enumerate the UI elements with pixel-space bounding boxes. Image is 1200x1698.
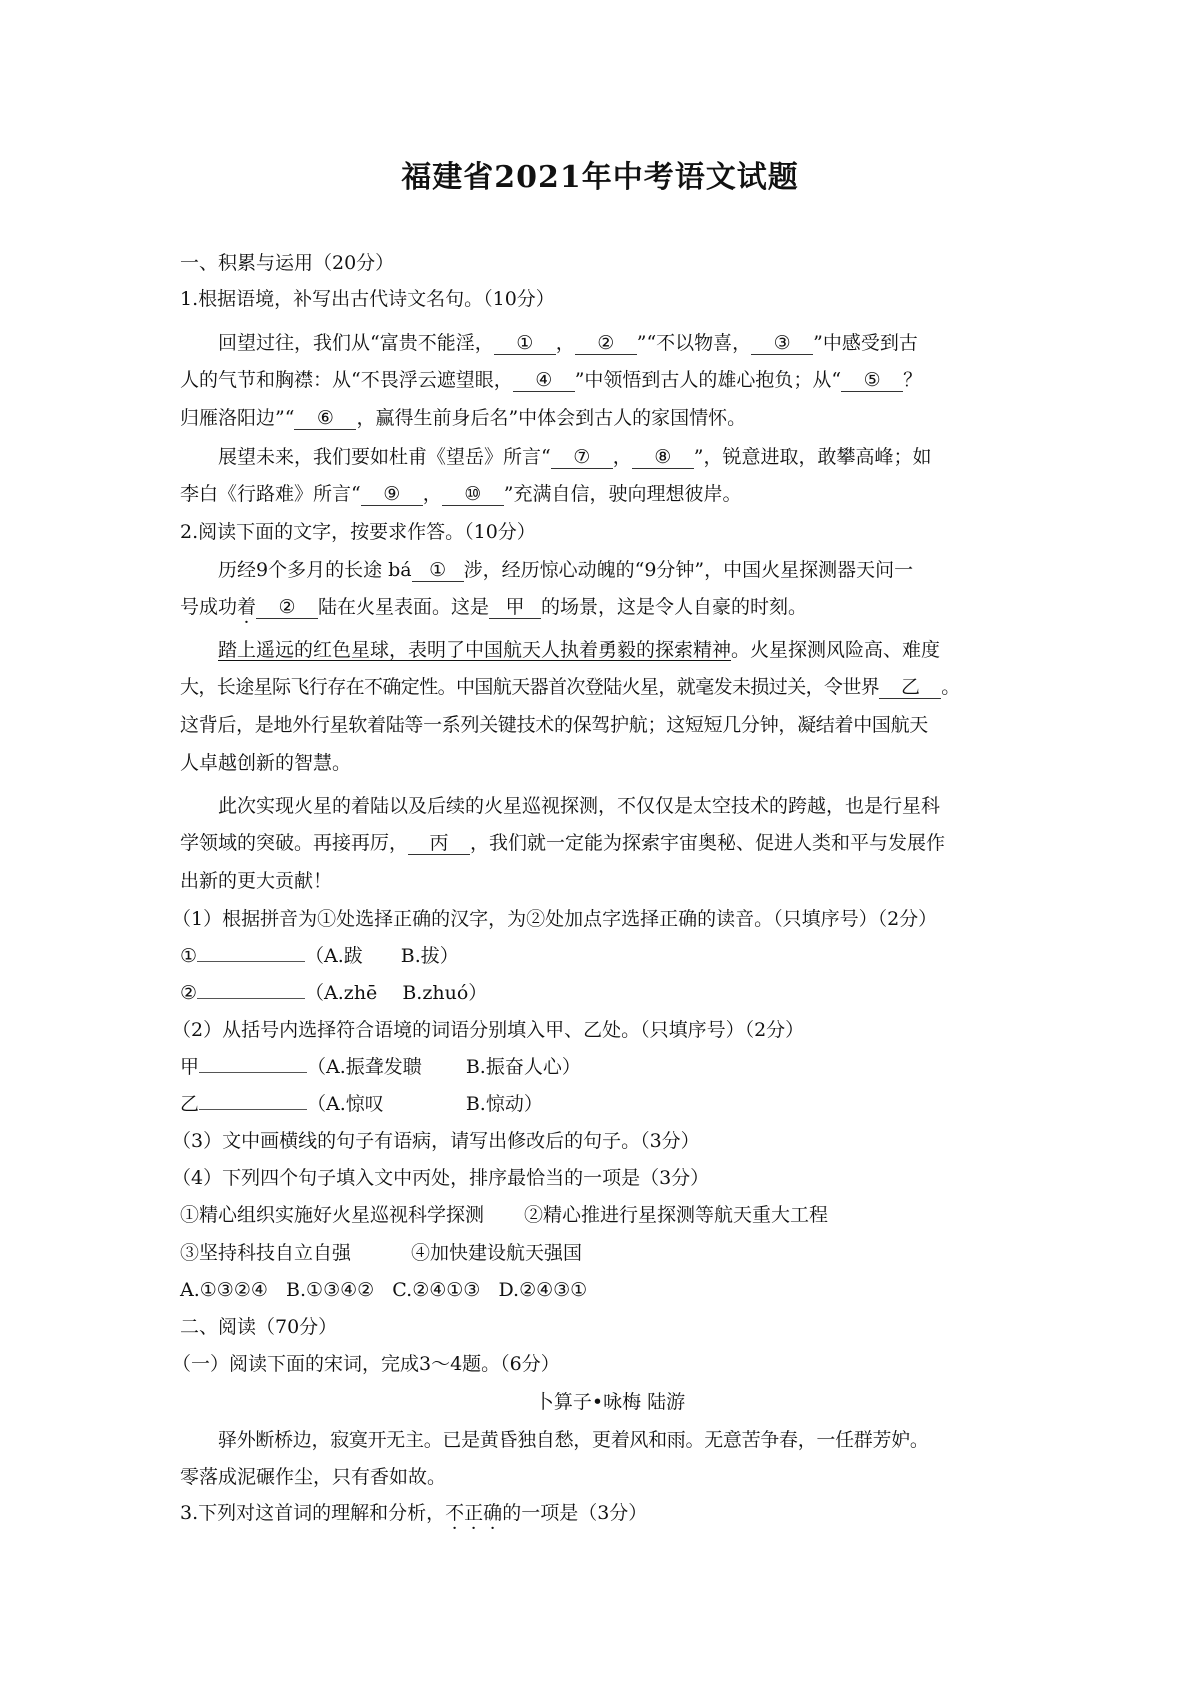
q2-para-line1: 历经9个多月的长途 bá①涉，经历惊心动魄的“9分钟”，中国火星探测器天问一 — [180, 557, 1078, 583]
dotted-char: 正 — [464, 1502, 483, 1524]
q1-para-line5: 李白《行路难》所言“⑨，⑩”充满自信，驶向理想彼岸。 — [180, 481, 1040, 507]
exam-page: 福建省2021年中考语文试题 一、积累与运用（20分） 1.根据语境，补写出古代… — [0, 0, 1200, 1698]
page-title: 福建省2021年中考语文试题 — [0, 152, 1200, 196]
text: 人的气节和胸襟：从“不畏浮云遮望眼， — [180, 369, 513, 391]
text: ”中领悟到古人的雄心抱负；从“ — [575, 369, 841, 391]
text: 展望未来，我们要如杜甫《望岳》所言“ — [218, 446, 551, 468]
text: 归雁洛阳边”“ — [180, 407, 294, 429]
poem-title: 卜算子•咏梅 陆游 — [180, 1389, 1040, 1415]
q1-stem: 1.根据语境，补写出古代诗文名句。（10分） — [180, 286, 1040, 312]
text: 的场景，这是令人自豪的时刻。 — [541, 596, 807, 618]
text: 。火星探测风险高、难度 — [731, 639, 940, 661]
text: ”中感受到古 — [813, 332, 918, 354]
poem-line2: 零落成泥碾作尘，只有香如故。 — [180, 1464, 1040, 1490]
q1-para-line4: 展望未来，我们要如杜甫《望岳》所言“⑦，⑧”，锐意进取，敢攀高峰；如 — [180, 444, 1078, 470]
text: 陆在火星表面。这是 — [318, 596, 489, 618]
q2-para-line8: 学领域的突破。再接再厉，丙，我们就一定能为探索宇宙奥秘、促进人类和平与发展作 — [180, 830, 1040, 856]
sub1-item2: ②（A.zhē B.zhuó） — [180, 980, 1040, 1006]
blank-q2-1[interactable]: ① — [412, 559, 464, 582]
blank-10[interactable]: ⑩ — [442, 483, 504, 506]
q2-para-line6: 人卓越创新的智慧。 — [180, 750, 1040, 776]
option-b[interactable]: B.①③④② — [286, 1279, 374, 1301]
text: ， — [423, 483, 442, 505]
sub1-stem: （1）根据拼音为①处选择正确的汉字，为②处加点字选择正确的读音。（只填序号）（2… — [172, 906, 1032, 932]
sub1-item1: ①（A.跋 B.拔） — [180, 943, 1040, 969]
blank-8[interactable]: ⑧ — [632, 446, 694, 469]
answer-field[interactable] — [197, 980, 305, 999]
sentence-1: ①精心组织实施好火星巡视科学探测 — [180, 1204, 484, 1226]
label: 乙 — [180, 1093, 199, 1115]
option-d[interactable]: D.②④③① — [498, 1279, 587, 1301]
options: （A.跋 B.拔） — [305, 945, 459, 967]
text: ， — [613, 446, 632, 468]
blank-bing[interactable]: 丙 — [408, 832, 470, 855]
blank-5[interactable]: ⑤ — [841, 369, 903, 392]
blank-2[interactable]: ② — [575, 332, 637, 355]
sub2-item1: 甲（A.振聋发聩 B.振奋人心） — [180, 1054, 1040, 1080]
blank-4[interactable]: ④ — [513, 369, 575, 392]
text: ，赢得生前身后名”中体会到古人的家国情怀。 — [356, 407, 746, 429]
options: （A.zhē B.zhuó） — [305, 982, 487, 1004]
sub2-item2: 乙（A.惊叹 B.惊动） — [180, 1091, 1040, 1117]
text: 历经9个多月的长途 bá — [218, 559, 412, 581]
text: 回望过往，我们从“富贵不能淫， — [218, 332, 494, 354]
label: ① — [180, 945, 197, 967]
sentence-2: ②精心推进行星探测等航天重大工程 — [524, 1204, 828, 1226]
q2-para-line3: 踏上遥远的红色星球，表明了中国航天人执着勇毅的探索精神。火星探测风险高、难度 — [180, 637, 1078, 663]
q2-para-line4: 大，长途星际飞行存在不确定性。中国航天器首次登陆火星，就毫发未损过关，令世界乙。 — [180, 674, 1040, 700]
text: 大，长途星际飞行存在不确定性。中国航天器首次登陆火星，就毫发未损过关，令世界 — [180, 676, 879, 698]
text: 的一项是（3分） — [502, 1502, 647, 1524]
q1-para-line3: 归雁洛阳边”“⑥，赢得生前身后名”中体会到古人的家国情怀。 — [180, 405, 1040, 431]
sub3-stem: （3）文中画横线的句子有语病，请写出修改后的句子。（3分） — [172, 1128, 1032, 1154]
blank-q2-2[interactable]: ② — [256, 596, 318, 619]
answer-field[interactable] — [197, 943, 305, 962]
text: ”“不以物喜， — [637, 332, 751, 354]
section1-heading: 一、积累与运用（20分） — [180, 250, 1040, 276]
section2-heading: 二、阅读（70分） — [180, 1314, 1040, 1340]
sub4-sentences-row1: ①精心组织实施好火星巡视科学探测②精心推进行星探测等航天重大工程 — [180, 1202, 1040, 1228]
q3-stem: 3.下列对这首词的理解和分析，不正确的一项是（3分） — [180, 1500, 1040, 1526]
q2-stem: 2.阅读下面的文字，按要求作答。（10分） — [180, 519, 1040, 545]
q2-para-line7: 此次实现火星的着陆以及后续的火星巡视探测，不仅仅是太空技术的跨越，也是行星科 — [180, 793, 1078, 819]
text: ， — [556, 332, 575, 354]
option-c[interactable]: C.②④①③ — [392, 1279, 480, 1301]
text: 。 — [941, 676, 959, 698]
text: ”充满自信，驶向理想彼岸。 — [504, 483, 742, 505]
blank-6[interactable]: ⑥ — [294, 407, 356, 430]
option-a[interactable]: A.①③②④ — [180, 1279, 268, 1301]
blank-1[interactable]: ① — [494, 332, 556, 355]
blank-3[interactable]: ③ — [751, 332, 813, 355]
text: 李白《行路难》所言“ — [180, 483, 361, 505]
sub2-stem: （2）从括号内选择符合语境的词语分别填入甲、乙处。（只填序号）（2分） — [172, 1017, 1032, 1043]
text: 学领域的突破。再接再厉， — [180, 832, 408, 854]
text: ？ — [903, 369, 922, 391]
blank-9[interactable]: ⑨ — [361, 483, 423, 506]
label: 甲 — [180, 1056, 199, 1078]
text: ”，锐意进取，敢攀高峰；如 — [694, 446, 932, 468]
text: ，我们就一定能为探索宇宙奥秘、促进人类和平与发展作 — [470, 832, 945, 854]
sub4-stem: （4）下列四个句子填入文中丙处，排序最恰当的一项是（3分） — [172, 1165, 1032, 1191]
sentence-3: ③坚持科技自立自强 — [180, 1242, 351, 1264]
q2-para-line5: 这背后，是地外行星软着陆等一系列关键技术的保驾护航；这短短几分钟，凝结着中国航天 — [180, 712, 1040, 738]
part1-stem: （一）阅读下面的宋词，完成3～4题。（6分） — [172, 1351, 1032, 1377]
answer-field[interactable] — [199, 1054, 307, 1073]
label: ② — [180, 982, 197, 1004]
options: （A.惊叹 B.惊动） — [307, 1093, 543, 1115]
underlined-sentence: 踏上遥远的红色星球，表明了中国航天人执着勇毅的探索精神 — [218, 639, 731, 661]
dotted-char: 不 — [445, 1502, 464, 1524]
text: 3.下列对这首词的理解和分析， — [180, 1502, 445, 1524]
dotted-char: 着 — [237, 596, 256, 618]
answer-field[interactable] — [199, 1091, 307, 1110]
sentence-4: ④加快建设航天强国 — [411, 1242, 582, 1264]
poem-line1: 驿外断桥边，寂寞开无主。已是黄昏独自愁，更着风和雨。无意苦争春，一任群芳妒。 — [180, 1427, 1078, 1453]
q2-para-line9: 出新的更大贡献！ — [180, 868, 1040, 894]
dotted-char: 确 — [483, 1502, 502, 1524]
q1-para-line1: 回望过往，我们从“富贵不能淫，①，②”“不以物喜，③”中感受到古 — [180, 330, 1078, 356]
blank-yi[interactable]: 乙 — [879, 676, 941, 699]
sub4-sentences-row2: ③坚持科技自立自强④加快建设航天强国 — [180, 1240, 1040, 1266]
q2-para-line2: 号成功着②陆在火星表面。这是甲的场景，这是令人自豪的时刻。 — [180, 594, 1040, 620]
text: 涉，经历惊心动魄的“9分钟”，中国火星探测器天问一 — [464, 559, 914, 581]
sub4-options: A.①③②④ B.①③④② C.②④①③ D.②④③① — [180, 1277, 1040, 1303]
options: （A.振聋发聩 B.振奋人心） — [307, 1056, 581, 1078]
text: 号成功 — [180, 596, 237, 618]
q1-para-line2: 人的气节和胸襟：从“不畏浮云遮望眼，④”中领悟到古人的雄心抱负；从“⑤？ — [180, 367, 1040, 393]
blank-jia[interactable]: 甲 — [489, 596, 541, 619]
blank-7[interactable]: ⑦ — [551, 446, 613, 469]
